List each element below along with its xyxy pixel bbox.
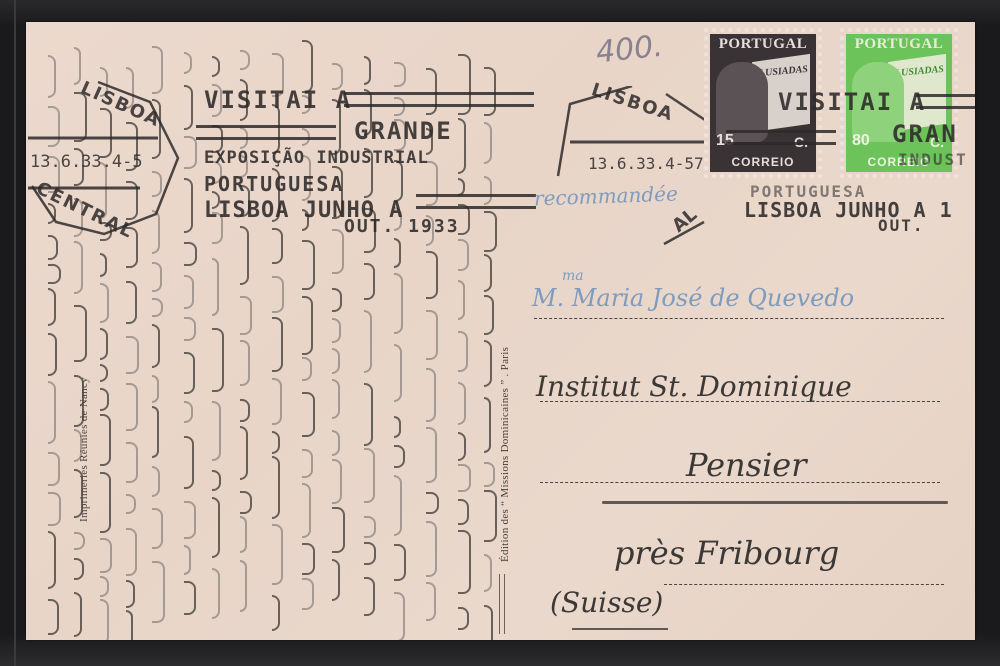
handwriting-column [484,32,498,632]
printer-imprint: Imprimeries Réunies de Nancy [78,377,90,522]
stamp-country: PORTUGAL [710,36,816,53]
address-line-rule [534,318,944,319]
handwriting-column [332,32,346,632]
slogan-line: INDUST [898,152,968,168]
slogan-line: EXPOSIÇÃO INDUSTRIAL [204,150,429,167]
cds-right-date: 13.6.33.4-57 [588,154,704,173]
slogan-line: OUT. 1933 [344,218,460,236]
handwriting-column [302,32,316,632]
cds-postmark-right: LISBOA 13.6.33.4-57 AL [554,86,724,246]
handwriting-column [458,32,472,632]
mount-edge [14,0,16,666]
address-line-rule [664,584,944,585]
center-divider [499,574,505,634]
slogan-line: VISITAI A [204,88,352,112]
cds-postmark-left: LISBOA 13.6.33.4-5 CENTRAL [28,76,188,256]
stamp-value: 80 [852,132,870,150]
slogan-line: GRAN [892,122,958,146]
address-line-1: Institut St. Dominique [536,370,852,403]
address-underline [602,501,948,504]
registered-annotation: recommandée [534,181,679,210]
address-line-rule [540,401,940,402]
handwriting-column [212,32,226,632]
slogan-line: VISITAI A [778,90,926,114]
address-line-rule [540,482,940,483]
slogan-line: OUT. [878,218,925,234]
publisher-imprint: Édition des “ Missions Dominicaines ” . … [499,347,511,562]
cds-left-date: 13.6.33.4-5 [30,152,143,172]
postcard: LISBOA 13.6.33.4-5 CENTRAL VISITAI A GRA… [26,22,975,640]
slogan-line: GRANDE [354,119,453,143]
handwriting-column [272,32,286,632]
address-line-4: (Suisse) [550,586,663,619]
stamp-label: CORREIO [710,155,816,169]
stamp-country: PORTUGAL [846,36,952,53]
honorific: ma [562,268,584,284]
address-underline [572,628,668,630]
address-line-2: Pensier [686,446,807,484]
handwriting-column [240,32,254,632]
address-line-3: près Fribourg [614,534,839,572]
slogan-line: PORTUGUESA [204,174,344,194]
recipient-name: M. Maria José de Quevedo [532,284,854,312]
pencil-price-note: 400. [594,29,664,71]
